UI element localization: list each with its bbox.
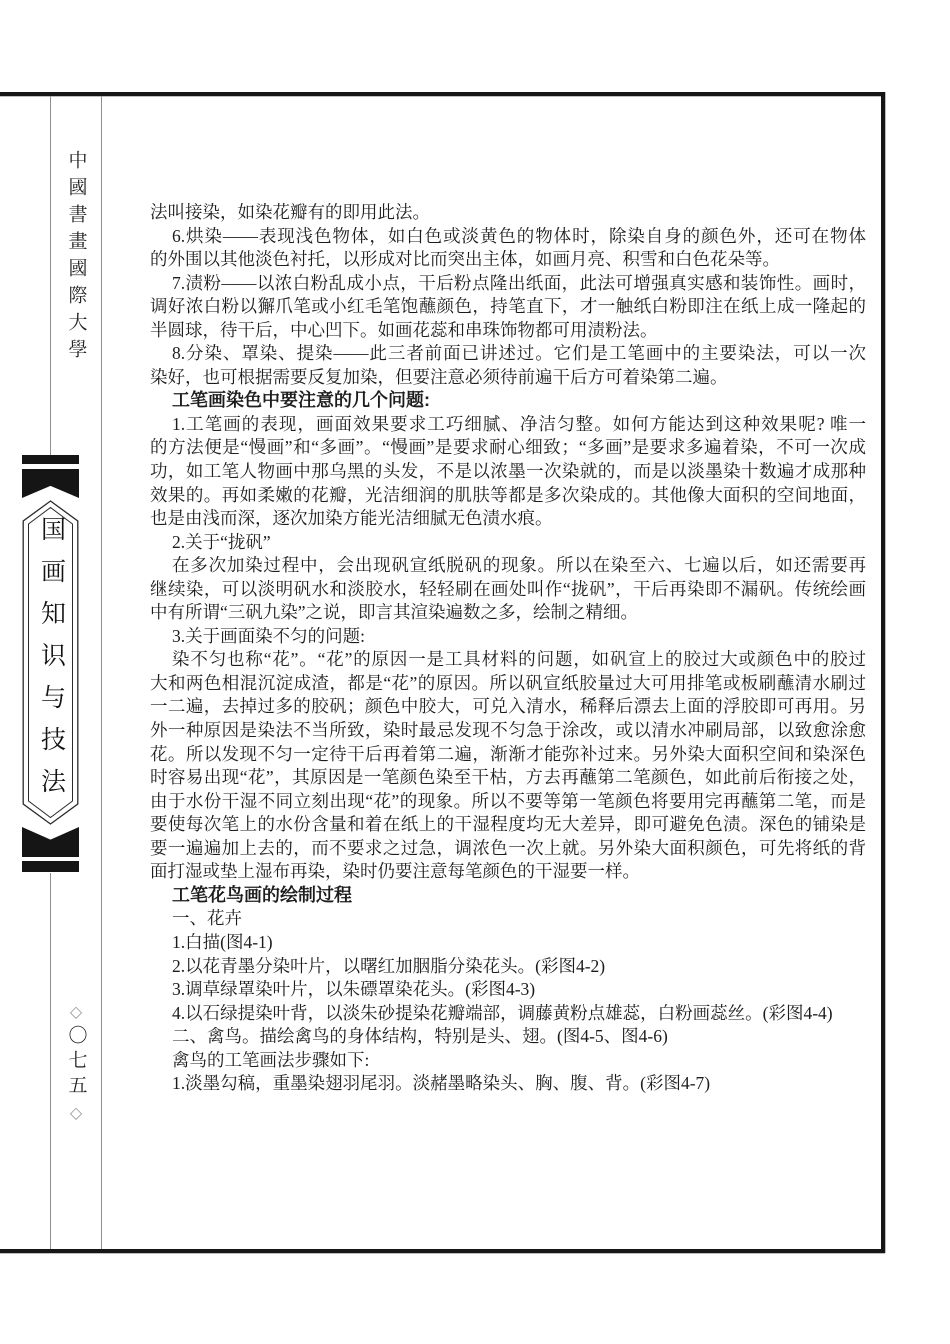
text-line: 一二遍，去掉过多的胶矾；颜色中胶大，可兑入清水，稀释后漂去上面的浮胶即可再用。另: [150, 695, 866, 719]
page-number-block: ◇ 〇七五 ◇: [50, 1002, 102, 1123]
banner-plaque: 国画知识与技法: [22, 500, 79, 825]
text-line: 也是由浅而深，逐次加染方能光洁细腻无色渍水痕。: [150, 507, 866, 531]
text-line: 禽鸟的工笔画法步骤如下:: [150, 1049, 866, 1073]
text-line: 中有所谓“三矾九染”之说，即言其渲染遍数之多，绘制之精细。: [150, 601, 866, 625]
text-line: 法叫接染，如染花瓣有的即用此法。: [150, 201, 866, 225]
banner-bottom-ribbon: [22, 827, 79, 857]
text-line: 继续染，可以淡明矾水和淡胶水，轻轻刷在画处叫作“拢矾”，干后再染即不漏矾。传统绘…: [150, 578, 866, 602]
text-line: 要一遍遍加上去的，而不要求之过急，调浓色一次上就。另外染大面积颜色，可先将纸的背: [150, 837, 866, 861]
text-line: 3.关于画面染不匀的问题:: [150, 625, 866, 649]
title-banner: 国画知识与技法: [22, 455, 79, 873]
text-line: 面打湿或垫上湿布再染，染时仍要注意每笔颜色的干湿要一样。: [150, 860, 866, 884]
text-line: 二、禽鸟。描绘禽鸟的身体结构，特别是头、翅。(图4-5、图4-6): [150, 1025, 866, 1049]
text-line: 1.淡墨勾稿，重墨染翅羽尾羽。淡赭墨略染头、胸、腹、背。(彩图4-7): [150, 1072, 866, 1096]
diamond-ornament-top: ◇: [70, 1002, 82, 1022]
text-line: 1.工笔画的表现，画面效果要求工巧细腻、净洁匀整。如何方能达到这种效果呢? 唯一: [150, 413, 866, 437]
text-line: 3.调草绿罩染叶片，以朱磦罩染花头。(彩图4-3): [150, 978, 866, 1002]
text-line: 外一种原因是染法不当所致，染时最忌发现不匀急于涂改，或以清水冲刷局部，以致愈涂愈: [150, 719, 866, 743]
text-line: 一、花卉: [150, 907, 866, 931]
text-line: 1.白描(图4-1): [150, 931, 866, 955]
text-line: 8.分染、罩染、提染——此三者前面已讲述过。它们是工笔画中的主要染法，可以一次: [150, 342, 866, 366]
text-line: 由于水份干湿不同立刻出现“花”的现象。所以不要等第一笔颜色将要用完再蘸第二笔，而…: [150, 790, 866, 814]
text-line: 的外围以其他淡色衬托，以形成对比而突出主体，如画月亮、积雪和白色花朵等。: [150, 248, 866, 272]
text-line: 在多次加染过程中，会出现矾宣纸脱矾的现象。所以在染至六、七遍以后，如还需要再: [150, 554, 866, 578]
frame-bottom-border: [0, 1249, 885, 1253]
text-line: 效果的。再如柔嫩的花瓣，光洁细润的肌肤等都是多次染成的。其他像大面积的空间地面，: [150, 484, 866, 508]
text-line: 要使每次笔上的水份含量和着在纸上的干湿程度均无大差异，即可避免色渍。深色的铺染是: [150, 813, 866, 837]
text-line: 染不匀也称“花”。“花”的原因一是工具材料的问题，如矾宣上的胶过大或颜色中的胶过: [150, 648, 866, 672]
text-line: 的方法便是“慢画”和“多画”。“慢画”是要求耐心细致；“多画”是要求多遍着染，不…: [150, 436, 866, 460]
text-line: 工笔花鸟画的绘制过程: [150, 884, 866, 908]
text-line: 大和两色相混沉淀成渣，都是“花”的原因。所以矾宣纸胶量过大可用排笔或板刷蘸清水刷…: [150, 672, 866, 696]
book-page: 中國書畫國際大學 国画知识与技法 ◇ 〇七五 ◇ 法叫接染，如染花瓣有的即用此法…: [0, 0, 950, 1344]
text-line: 6.烘染——表现浅色物体，如白色或淡黄色的物体时，除染自身的颜色外，还可在物体: [150, 225, 866, 249]
page-number: 〇七五: [63, 1025, 90, 1100]
text-line: 7.渍粉——以浓白粉乱成小点，干后粉点隆出纸面，此法可增强真实感和装饰性。画时，: [150, 272, 866, 296]
diamond-ornament-bottom: ◇: [70, 1103, 82, 1123]
text-line: 调好浓白粉以獬爪笔或小红毛笔饱蘸颜色，持笔直下，才一触纸白粉即注在纸上成一隆起的: [150, 295, 866, 319]
frame-right-border: [881, 92, 885, 1253]
banner-bottom-bar: [22, 861, 79, 872]
text-line: 工笔画染色中要注意的几个问题:: [150, 389, 866, 413]
banner-top-ribbon: [22, 469, 79, 498]
banner-top-bar: [22, 455, 79, 464]
banner-title-text: 国画知识与技法: [33, 516, 69, 810]
text-line: 半圆球，待干后，中心凹下。如画花蕊和串珠饰物都可用渍粉法。: [150, 319, 866, 343]
body-text: 法叫接染，如染花瓣有的即用此法。6.烘染——表现浅色物体，如白色或淡黄色的物体时…: [150, 201, 866, 1096]
text-line: 4.以石绿提染叶背，以淡朱砂提染花瓣端部，调藤黄粉点雄蕊，白粉画蕊丝。(彩图4-…: [150, 1002, 866, 1026]
frame-top-border: [0, 92, 885, 96]
text-line: 染好，也可根据需要反复加染，但要注意必须待前遍干后方可着染第二遍。: [150, 366, 866, 390]
text-line: 时容易出现“花”，其原因是一笔颜色染至干枯，方去再蘸第二笔颜色，如此前后衔接之处…: [150, 766, 866, 790]
text-line: 花。所以发现不匀一定待干后再着第二遍，渐渐才能弥补过来。另外染大面积空间和染深色: [150, 743, 866, 767]
text-line: 2.关于“拢矾”: [150, 531, 866, 555]
sidebar-university-name: 中國書畫國際大學: [50, 150, 102, 386]
text-line: 2.以花青墨分染叶片，以曙红加胭脂分染花头。(彩图4-2): [150, 955, 866, 979]
text-line: 功，如工笔人物画中那乌黑的头发，不是以浓墨一次染就的，而是以淡墨染十数遍才成那种: [150, 460, 866, 484]
university-name-text: 中國書畫國際大學: [63, 150, 90, 386]
